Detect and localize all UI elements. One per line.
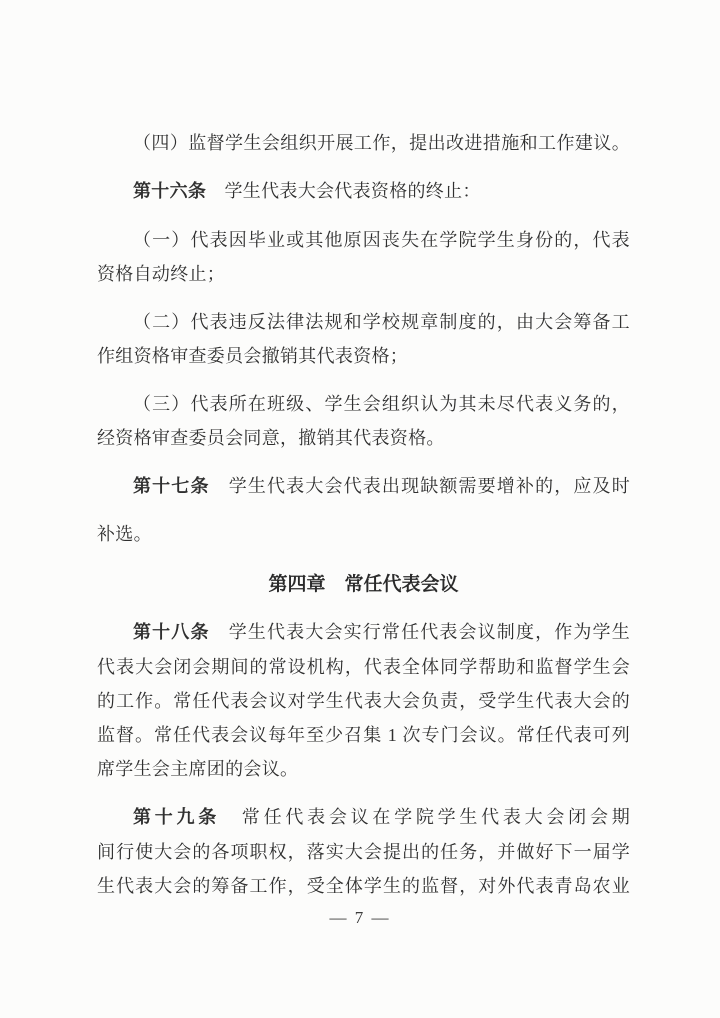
article-18: 第十八条 学生代表大会实行常任代表会议制度，作为学生代表大会闭会期间的常设机构，… xyxy=(97,615,630,786)
page-number: — 7 — xyxy=(0,906,720,930)
body-text: 资格自动终止； xyxy=(97,264,225,284)
text-line: 代表大会闭会期间的常设机构，代表全体同学帮助和监督学生会 xyxy=(97,650,630,684)
article-16-item-2: （二）代表违反法律法规和学校规章制度的，由大会筹备工作组资格审查委员会撤销其代表… xyxy=(97,305,630,373)
text-line: 生代表大会的筹备工作，受全体学生的监督，对外代表青岛农业 xyxy=(97,869,630,903)
article-17: 第十七条 学生代表大会代表出现缺额需要增补的，应及时补选。 xyxy=(97,469,630,551)
text-line: 资格自动终止； xyxy=(97,257,630,291)
body-text: 席学生会主席团的会议。 xyxy=(97,759,298,779)
body-text: 生代表大会的筹备工作，受全体学生的监督，对外代表青岛农业 xyxy=(97,876,630,896)
article-number-bold: 第十七条 xyxy=(133,476,210,497)
text-line: 第十六条 学生代表大会代表资格的终止： xyxy=(97,174,630,209)
text-line: 监督。常任代表会议每年至少召集 1 次专门会议。常任代表可列 xyxy=(97,718,630,752)
text-line: （二）代表违反法律法规和学校规章制度的，由大会筹备工 xyxy=(97,305,630,339)
body-text: （四）监督学生会组织开展工作，提出改进措施和工作建议。 xyxy=(133,133,630,153)
article-19: 第十九条 常任代表会议在学院学生代表大会闭会期间行使大会的各项职权，落实大会提出… xyxy=(97,800,630,903)
chapter-4-heading: 第四章 常任代表会议 xyxy=(97,567,630,601)
text-line: 间行使大会的各项职权，落实大会提出的任务，并做好下一届学 xyxy=(97,835,630,869)
body-text: （二）代表违反法律法规和学校规章制度的，由大会筹备工 xyxy=(133,312,630,332)
text-line: 第十八条 学生代表大会实行常任代表会议制度，作为学生 xyxy=(97,615,630,650)
article-16: 第十六条 学生代表大会代表资格的终止： xyxy=(97,174,630,209)
body-text: 补选。 xyxy=(97,524,152,544)
body-text: 学生代表大会代表出现缺额需要增补的，应及时 xyxy=(210,476,630,496)
text-line: 席学生会主席团的会议。 xyxy=(97,752,630,786)
chapter-heading-text: 第四章 常任代表会议 xyxy=(97,567,630,601)
document-body: （四）监督学生会组织开展工作，提出改进措施和工作建议。第十六条 学生代表大会代表… xyxy=(97,126,630,903)
body-text: 的工作。常任代表会议对学生代表大会负责，受学生代表大会的 xyxy=(97,691,630,711)
text-line: （三）代表所在班级、学生会组织认为其未尽代表义务的， xyxy=(97,387,630,421)
document-page: （四）监督学生会组织开展工作，提出改进措施和工作建议。第十六条 学生代表大会代表… xyxy=(0,0,720,1018)
body-text: 作组资格审查委员会撤销其代表资格； xyxy=(97,346,408,366)
item-4-supervise: （四）监督学生会组织开展工作，提出改进措施和工作建议。 xyxy=(97,126,630,160)
article-number-bold: 第十九条 xyxy=(133,807,220,828)
body-text: （三）代表所在班级、学生会组织认为其未尽代表义务的， xyxy=(133,394,630,414)
body-text: 经资格审查委员会同意，撤销其代表资格。 xyxy=(97,428,445,448)
body-text: 常任代表会议在学院学生代表大会闭会期 xyxy=(220,807,630,827)
text-line: （一）代表因毕业或其他原因丧失在学院学生身份的，代表 xyxy=(97,223,630,257)
text-line: 第十九条 常任代表会议在学院学生代表大会闭会期 xyxy=(97,800,630,835)
text-line: （四）监督学生会组织开展工作，提出改进措施和工作建议。 xyxy=(97,126,630,160)
article-16-item-1: （一）代表因毕业或其他原因丧失在学院学生身份的，代表资格自动终止； xyxy=(97,223,630,291)
article-number-bold: 第十六条 xyxy=(133,181,206,202)
text-line: 第十七条 学生代表大会代表出现缺额需要增补的，应及时 xyxy=(97,469,630,504)
text-line: 的工作。常任代表会议对学生代表大会负责，受学生代表大会的 xyxy=(97,684,630,718)
body-text: 代表大会闭会期间的常设机构，代表全体同学帮助和监督学生会 xyxy=(97,657,630,677)
text-line: 作组资格审查委员会撤销其代表资格； xyxy=(97,339,630,373)
body-text: 学生代表大会实行常任代表会议制度，作为学生 xyxy=(210,622,630,642)
body-text: 间行使大会的各项职权，落实大会提出的任务，并做好下一届学 xyxy=(97,842,630,862)
body-text: 监督。常任代表会议每年至少召集 1 次专门会议。常任代表可列 xyxy=(97,725,630,745)
text-line: 补选。 xyxy=(97,517,630,551)
body-text: 学生代表大会代表资格的终止： xyxy=(206,181,481,201)
body-text: （一）代表因毕业或其他原因丧失在学院学生身份的，代表 xyxy=(133,230,630,250)
article-number-bold: 第十八条 xyxy=(133,622,210,643)
text-line: 经资格审查委员会同意，撤销其代表资格。 xyxy=(97,421,630,455)
article-16-item-3: （三）代表所在班级、学生会组织认为其未尽代表义务的，经资格审查委员会同意，撤销其… xyxy=(97,387,630,455)
